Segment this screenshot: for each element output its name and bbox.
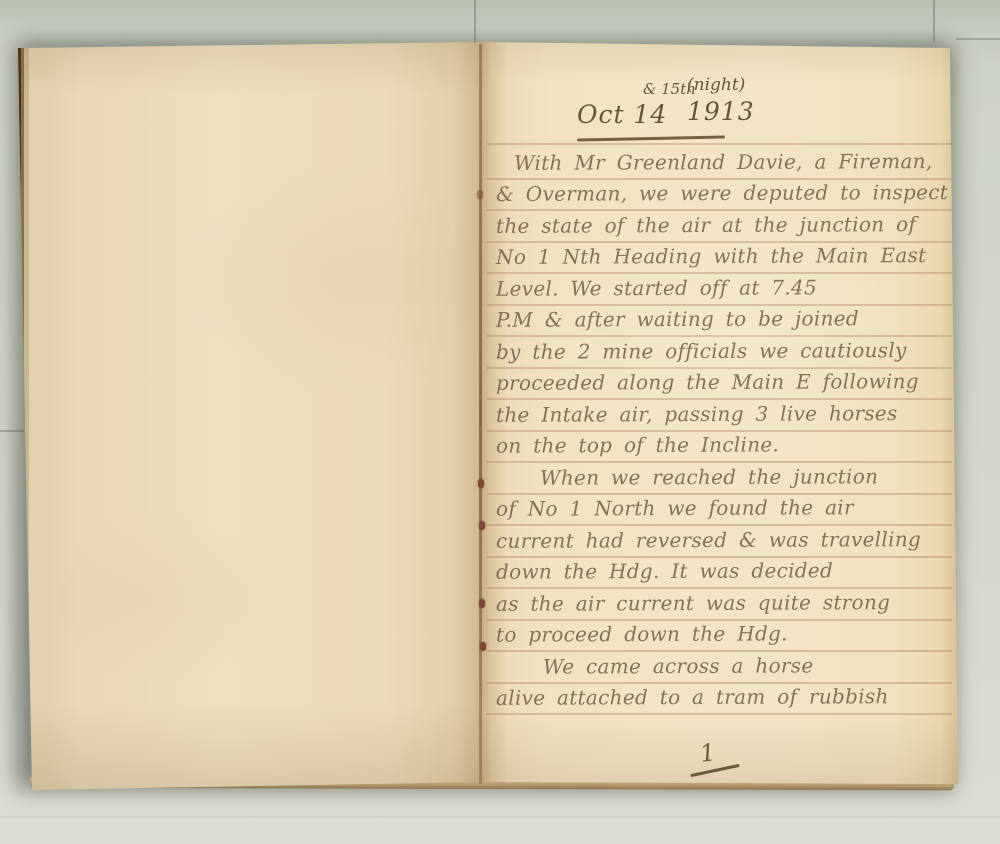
handwriting-line: as the air current was quite strong — [496, 590, 890, 622]
handwriting-line: down the Hdg. It was decided — [496, 558, 833, 589]
handwriting-line: of No 1 North we found the air — [496, 495, 854, 527]
binding-stitch-icon — [478, 479, 484, 488]
entry-year: 1913 — [687, 97, 755, 126]
handwriting-line: current had reversed & was travelling — [496, 527, 921, 559]
binding-stitch-icon — [479, 599, 485, 608]
gutter-crease — [479, 44, 482, 784]
binding-stitch-icon — [477, 190, 483, 199]
entry-date: Oct 14 — [577, 100, 667, 129]
tile-seam — [933, 0, 935, 42]
handwriting-line: Level. We started off at 7.45 — [496, 275, 817, 306]
handwriting-line: alive attached to a tram of rubbish — [496, 684, 889, 716]
handwriting-line: to proceed down the Hdg. — [496, 621, 788, 652]
tile-seam — [0, 816, 1000, 818]
tile-seam — [956, 38, 1000, 40]
handwriting-line: on the top of the Incline. — [496, 432, 779, 463]
binding-stitch-icon — [480, 642, 486, 651]
ruled-line — [487, 143, 952, 145]
handwriting-line: the Intake air, passing 3 live horses — [496, 401, 898, 433]
handwriting-line: P.M & after waiting to be joined — [496, 306, 859, 338]
handwriting-line: proceeded along the Main E following — [496, 369, 919, 401]
handwriting-line: With Mr Greenland Davie, a Fireman, — [514, 149, 933, 181]
handwriting-line: by the 2 mine officials we cautiously — [496, 338, 907, 370]
entry-heading: Oct 14 1913 & 15th (night) — [575, 80, 805, 142]
handwriting-line: & Overman, we were deputed to inspect — [496, 180, 948, 212]
entry-night-note: (night) — [687, 75, 745, 95]
handwriting-line: the state of the air at the junction of — [496, 212, 916, 244]
handwriting-line: No 1 Nth Heading with the Main East — [496, 243, 927, 275]
left-page — [8, 38, 482, 794]
tile-seam — [474, 0, 476, 46]
handwriting-line: When we reached the junction — [540, 464, 878, 495]
handwriting-line: We came across a horse — [543, 653, 814, 684]
binding-stitch-icon — [479, 521, 485, 530]
